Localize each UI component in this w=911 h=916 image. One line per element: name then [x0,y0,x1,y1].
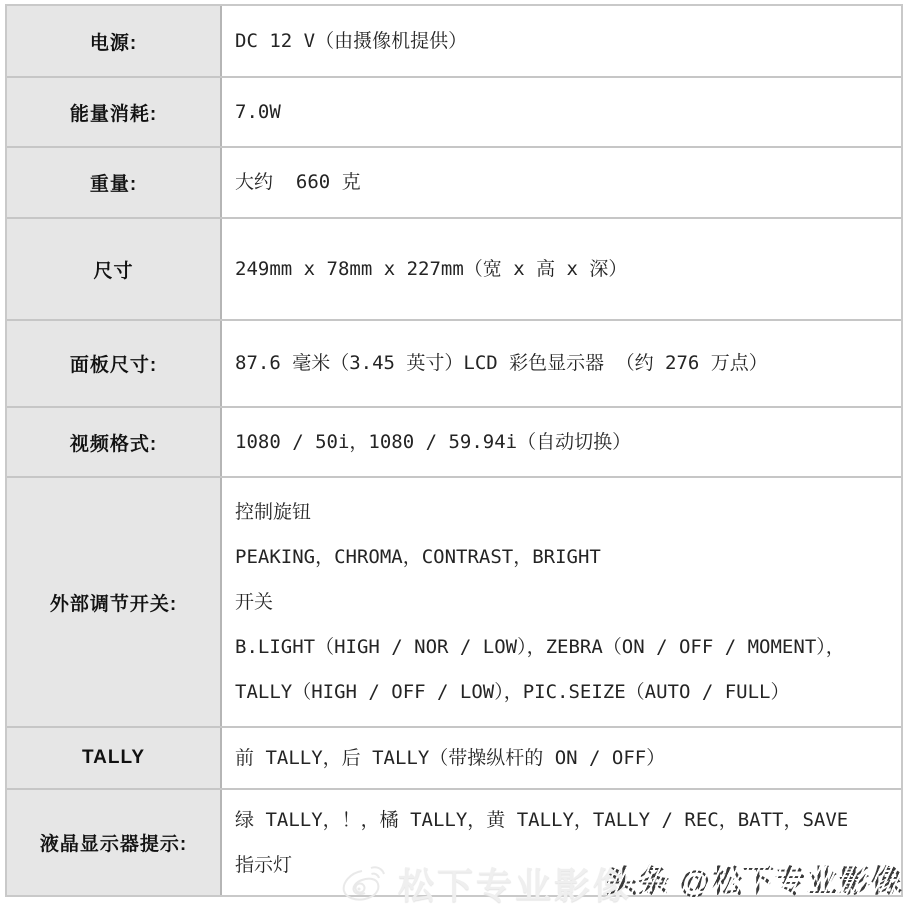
spec-row-value: DC 12 V（由摄像机提供） [222,6,901,76]
spec-row-value: 1080 / 50i，1080 / 59.94i（自动切换） [222,408,901,476]
spec-row-value: 249mm x 78mm x 227mm（宽 x 高 x 深） [222,219,901,319]
spec-row: 重量:大约 660 克 [7,146,901,217]
spec-row: 尺寸249mm x 78mm x 227mm（宽 x 高 x 深） [7,217,901,319]
spec-value-line: DC 12 V（由摄像机提供） [235,19,901,64]
spec-table: 电源:DC 12 V（由摄像机提供）能量消耗:7.0W重量:大约 660 克尺寸… [5,4,903,897]
spec-row: 外部调节开关:控制旋钮PEAKING，CHROMA，CONTRAST，BRIGH… [7,476,901,726]
spec-row-value: 前 TALLY，后 TALLY（带操纵杆的 ON / OFF） [222,728,901,788]
spec-row-value: 绿 TALLY，！，橘 TALLY，黄 TALLY，TALLY / REC，BA… [222,790,901,895]
spec-value-line: 大约 660 克 [235,160,901,205]
spec-row-label: 面板尺寸: [7,321,222,406]
spec-row-label: 电源: [7,6,222,76]
spec-value-line: 1080 / 50i，1080 / 59.94i（自动切换） [235,420,901,465]
spec-value-line: 7.0W [235,90,901,135]
spec-value-line: 87.6 毫米（3.45 英寸）LCD 彩色显示器 （约 276 万点） [235,341,901,386]
spec-row: 面板尺寸:87.6 毫米（3.45 英寸）LCD 彩色显示器 （约 276 万点… [7,319,901,406]
spec-row-label: TALLY [7,728,222,788]
spec-row-value: 87.6 毫米（3.45 英寸）LCD 彩色显示器 （约 276 万点） [222,321,901,406]
spec-value-line: TALLY（HIGH / OFF / LOW），PIC.SEIZE（AUTO /… [235,670,901,715]
spec-value-line: 控制旋钮 [235,490,901,535]
spec-row-label: 视频格式: [7,408,222,476]
spec-value-line: 开关 [235,580,901,625]
spec-value-line: PEAKING，CHROMA，CONTRAST，BRIGHT [235,535,901,580]
spec-row-label: 液晶显示器提示: [7,790,222,895]
spec-row-label: 外部调节开关: [7,478,222,726]
spec-value-line: 指示灯 [235,843,901,888]
spec-value-line: 前 TALLY，后 TALLY（带操纵杆的 ON / OFF） [235,736,901,781]
spec-value-line: B.LIGHT（HIGH / NOR / LOW），ZEBRA（ON / OFF… [235,625,901,670]
spec-row: 能量消耗:7.0W [7,76,901,146]
spec-row: TALLY前 TALLY，后 TALLY（带操纵杆的 ON / OFF） [7,726,901,788]
spec-row-label: 尺寸 [7,219,222,319]
spec-row: 电源:DC 12 V（由摄像机提供） [7,6,901,76]
spec-row-value: 大约 660 克 [222,148,901,217]
spec-row-value: 控制旋钮PEAKING，CHROMA，CONTRAST，BRIGHT开关B.LI… [222,478,901,726]
spec-row-label: 能量消耗: [7,78,222,146]
spec-row-label: 重量: [7,148,222,217]
spec-row-value: 7.0W [222,78,901,146]
spec-value-line: 绿 TALLY，！，橘 TALLY，黄 TALLY，TALLY / REC，BA… [235,798,901,843]
spec-value-line: 249mm x 78mm x 227mm（宽 x 高 x 深） [235,247,901,292]
spec-row: 视频格式:1080 / 50i，1080 / 59.94i（自动切换） [7,406,901,476]
spec-row: 液晶显示器提示:绿 TALLY，！，橘 TALLY，黄 TALLY，TALLY … [7,788,901,895]
